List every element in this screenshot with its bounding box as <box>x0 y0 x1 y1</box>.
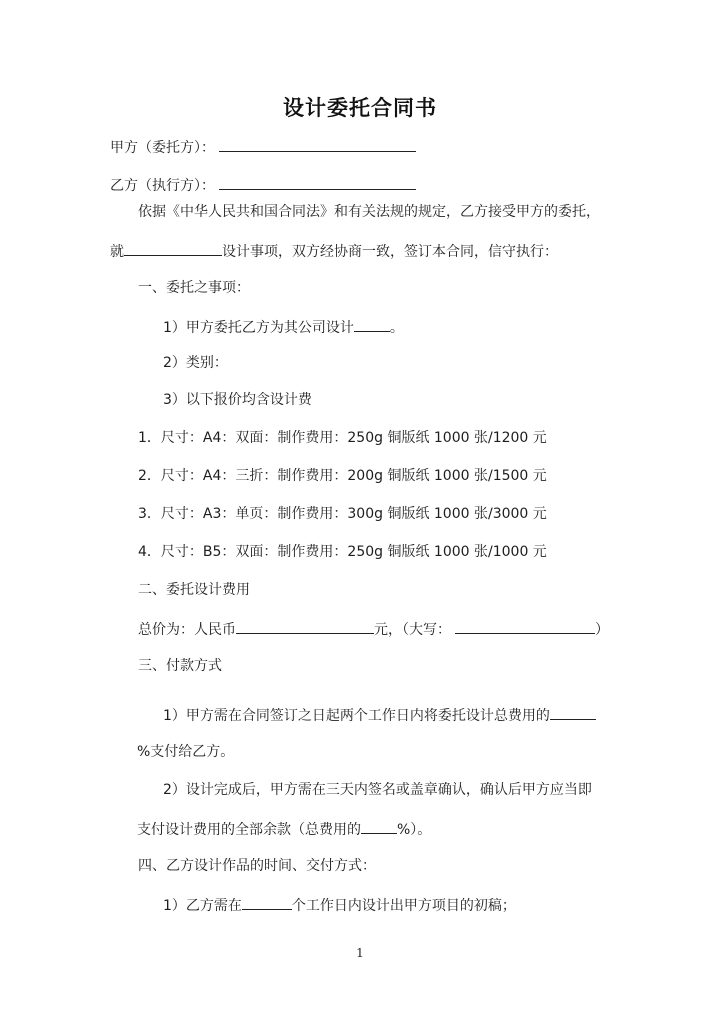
section4-heading: 四、乙方设计作品的时间、交付方式： <box>138 857 376 875</box>
party-b-line: 乙方（执行方）： <box>110 175 416 195</box>
party-b-blank[interactable] <box>219 175 416 190</box>
price-list-item-1: 1．尺寸：A4：双面：制作费用：250g 铜版纸 1000 张/1200 元 <box>138 429 547 447</box>
section3-item2-prefix: 支付设计费用的全部余款（总费用的 <box>137 822 361 838</box>
total-prefix: 总价为：人民币 <box>138 622 236 638</box>
party-a-blank[interactable] <box>219 137 416 152</box>
total-amount-uppercase-blank[interactable] <box>455 619 595 634</box>
document-page: 设计委托合同书 甲方（委托方）： 乙方（执行方）： 依据《中华人民共和国合同法》… <box>0 0 720 1019</box>
party-a-line: 甲方（委托方）： <box>110 137 416 157</box>
total-middle: 元，（大写： <box>374 622 451 638</box>
section2-heading: 二、委托设计费用 <box>138 581 250 599</box>
section4-item1-suffix: 个工作日内设计出甲方项目的初稿； <box>292 898 516 914</box>
section1-item2: 2）类别： <box>163 354 228 372</box>
section1-item3: 3）以下报价均含设计费 <box>163 391 312 409</box>
section2-total-line: 总价为：人民币元，（大写：） <box>138 619 609 639</box>
section3-heading: 三、付款方式 <box>138 657 222 675</box>
section3-item1-line1: 1）甲方需在合同签订之日起两个工作日内将委托设计总费用的 <box>163 705 596 725</box>
section4-item1-prefix: 1）乙方需在 <box>163 898 242 914</box>
section1-heading: 一、委托之事项： <box>138 279 250 297</box>
design-subject-blank[interactable] <box>354 317 390 332</box>
section1-item1-prefix: 1）甲方委托乙方为其公司设计 <box>163 320 354 336</box>
price-list-item-2: 2．尺寸：A4：三折：制作费用：200g 铜版纸 1000 张/1500 元 <box>138 467 547 485</box>
section3-item1-line2: %支付给乙方。 <box>137 743 234 761</box>
section1-item1-suffix: 。 <box>390 320 404 336</box>
document-title: 设计委托合同书 <box>0 92 720 122</box>
party-b-label: 乙方（执行方）： <box>110 178 215 194</box>
intro-line-2-prefix: 就 <box>110 244 124 260</box>
working-days-blank[interactable] <box>242 895 292 910</box>
total-suffix: ） <box>595 622 609 638</box>
section1-item1: 1）甲方委托乙方为其公司设计。 <box>163 317 404 337</box>
section4-item1: 1）乙方需在个工作日内设计出甲方项目的初稿； <box>163 895 516 915</box>
intro-line-1: 依据《中华人民共和国合同法》和有关法规的规定，乙方接受甲方的委托， <box>138 203 600 221</box>
total-amount-blank[interactable] <box>236 619 374 634</box>
price-list-item-4: 4．尺寸：B5：双面：制作费用：250g 铜版纸 1000 张/1000 元 <box>138 543 547 561</box>
section3-item1-text: 1）甲方需在合同签订之日起两个工作日内将委托设计总费用的 <box>163 708 550 724</box>
advance-percent-blank[interactable] <box>550 705 596 720</box>
price-list-item-3: 3．尺寸：A3：单页：制作费用：300g 铜版纸 1000 张/3000 元 <box>138 505 547 523</box>
intro-line-2: 就设计事项，双方经协商一致，签订本合同，信守执行： <box>110 241 558 261</box>
section3-item2-line2: 支付设计费用的全部余款（总费用的%）。 <box>137 819 431 839</box>
section3-item2-suffix: %）。 <box>397 822 431 838</box>
section3-item2-line1: 2）设计完成后，甲方需在三天内签名或盖章确认，确认后甲方应当即 <box>163 781 592 799</box>
party-a-label: 甲方（委托方）： <box>110 140 215 156</box>
intro-line-2-suffix: 设计事项，双方经协商一致，签订本合同，信守执行： <box>222 244 558 260</box>
page-number: 1 <box>0 946 720 960</box>
design-matter-blank[interactable] <box>124 241 222 256</box>
balance-percent-blank[interactable] <box>361 819 397 834</box>
